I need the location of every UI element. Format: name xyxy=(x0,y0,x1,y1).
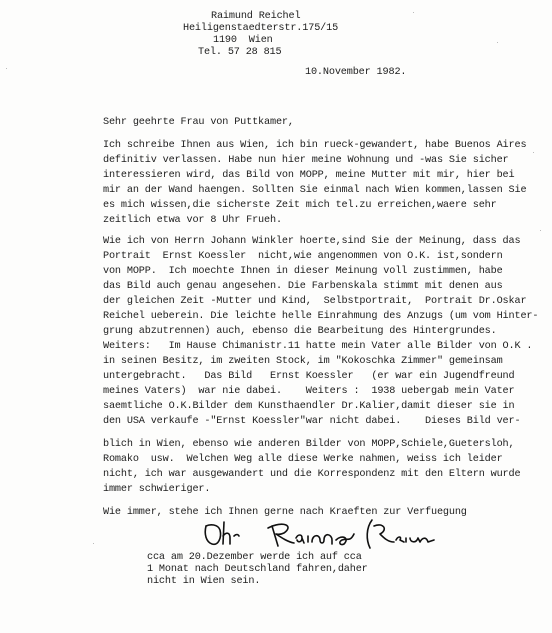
sender-name: Raimund Reichel xyxy=(211,11,300,23)
text-line: Weiters: Im Hause Chimanistr.11 hatte me… xyxy=(103,341,532,353)
text-line: untergebracht. Das Bild Ernst Koessler (… xyxy=(103,371,514,383)
sender-phone: Tel. 57 28 815 xyxy=(198,47,282,59)
text-line: grung abzutrennen) auch, ebenso die Bear… xyxy=(103,326,497,338)
text-line: saemtliche O.K.Bilder dem Kunsthaendler … xyxy=(103,401,514,413)
text-line: der gleichen Zeit -Mutter und Kind, Selb… xyxy=(103,296,526,308)
text-line: Ich schreibe Ihnen aus Wien, ich bin rue… xyxy=(103,140,526,152)
text-line: in seinen Besitz, im zweiten Stock, im "… xyxy=(103,356,503,368)
text-line: interessieren wird, das Bild von MOPP, m… xyxy=(103,170,514,182)
postscript-line: nicht in Wien sein. xyxy=(147,576,260,588)
postscript-line: cca am 20.Dezember werde ich auf cca xyxy=(147,552,362,564)
salutation: Sehr geehrte Frau von Puttkamer, xyxy=(103,117,294,129)
text-line: das Bild auch genau angesehen. Die Farbe… xyxy=(103,281,503,293)
scan-speck xyxy=(497,42,498,43)
text-line: mir an der Wand haengen. Sollten Sie ein… xyxy=(103,185,526,197)
text-line: es mich wissen,die sicherste Zeit mich t… xyxy=(103,200,497,212)
text-line: zeitlich etwa vor 8 Uhr Frueh. xyxy=(103,215,282,227)
postscript-line: 1 Monat nach Deutschland fahren,daher xyxy=(147,564,368,576)
text-line: Reichel ueberein. Die leichte helle Einr… xyxy=(103,311,538,323)
sender-city: 1190 Wien xyxy=(213,35,273,47)
scan-speck xyxy=(413,12,414,13)
scan-speck xyxy=(93,543,94,544)
text-line: definitiv verlassen. Habe nun hier meine… xyxy=(103,155,509,167)
text-line: nicht, ich war ausgewandert und die Korr… xyxy=(103,469,520,481)
text-line: Portrait Ernst Koessler nicht,wie angeno… xyxy=(103,251,503,263)
text-line: blich in Wien, ebenso wie anderen Bilder… xyxy=(103,439,514,451)
scan-speck xyxy=(6,68,7,69)
text-line: den USA verkaufe -"Ernst Koessler"war ni… xyxy=(103,416,520,428)
text-line: Wie ich von Herrn Johann Winkler hoerte,… xyxy=(103,236,520,248)
scan-speck xyxy=(533,152,534,153)
sender-street: Heiligenstaedterstr.175/15 xyxy=(183,23,338,35)
handwritten-signature xyxy=(198,516,438,552)
scan-speck xyxy=(540,230,541,231)
text-line: immer schwieriger. xyxy=(103,484,210,496)
letter-date: 10.November 1982. xyxy=(305,67,406,79)
text-line: meines Vaters) war nie dabei. Weiters : … xyxy=(103,386,514,398)
letter-page: Raimund Reichel Heiligenstaedterstr.175/… xyxy=(0,0,552,633)
text-line: von MOPP. Ich moechte Ihnen in dieser Me… xyxy=(103,266,503,278)
text-line: Romako usw. Welchen Weg alle diese Werke… xyxy=(103,454,503,466)
